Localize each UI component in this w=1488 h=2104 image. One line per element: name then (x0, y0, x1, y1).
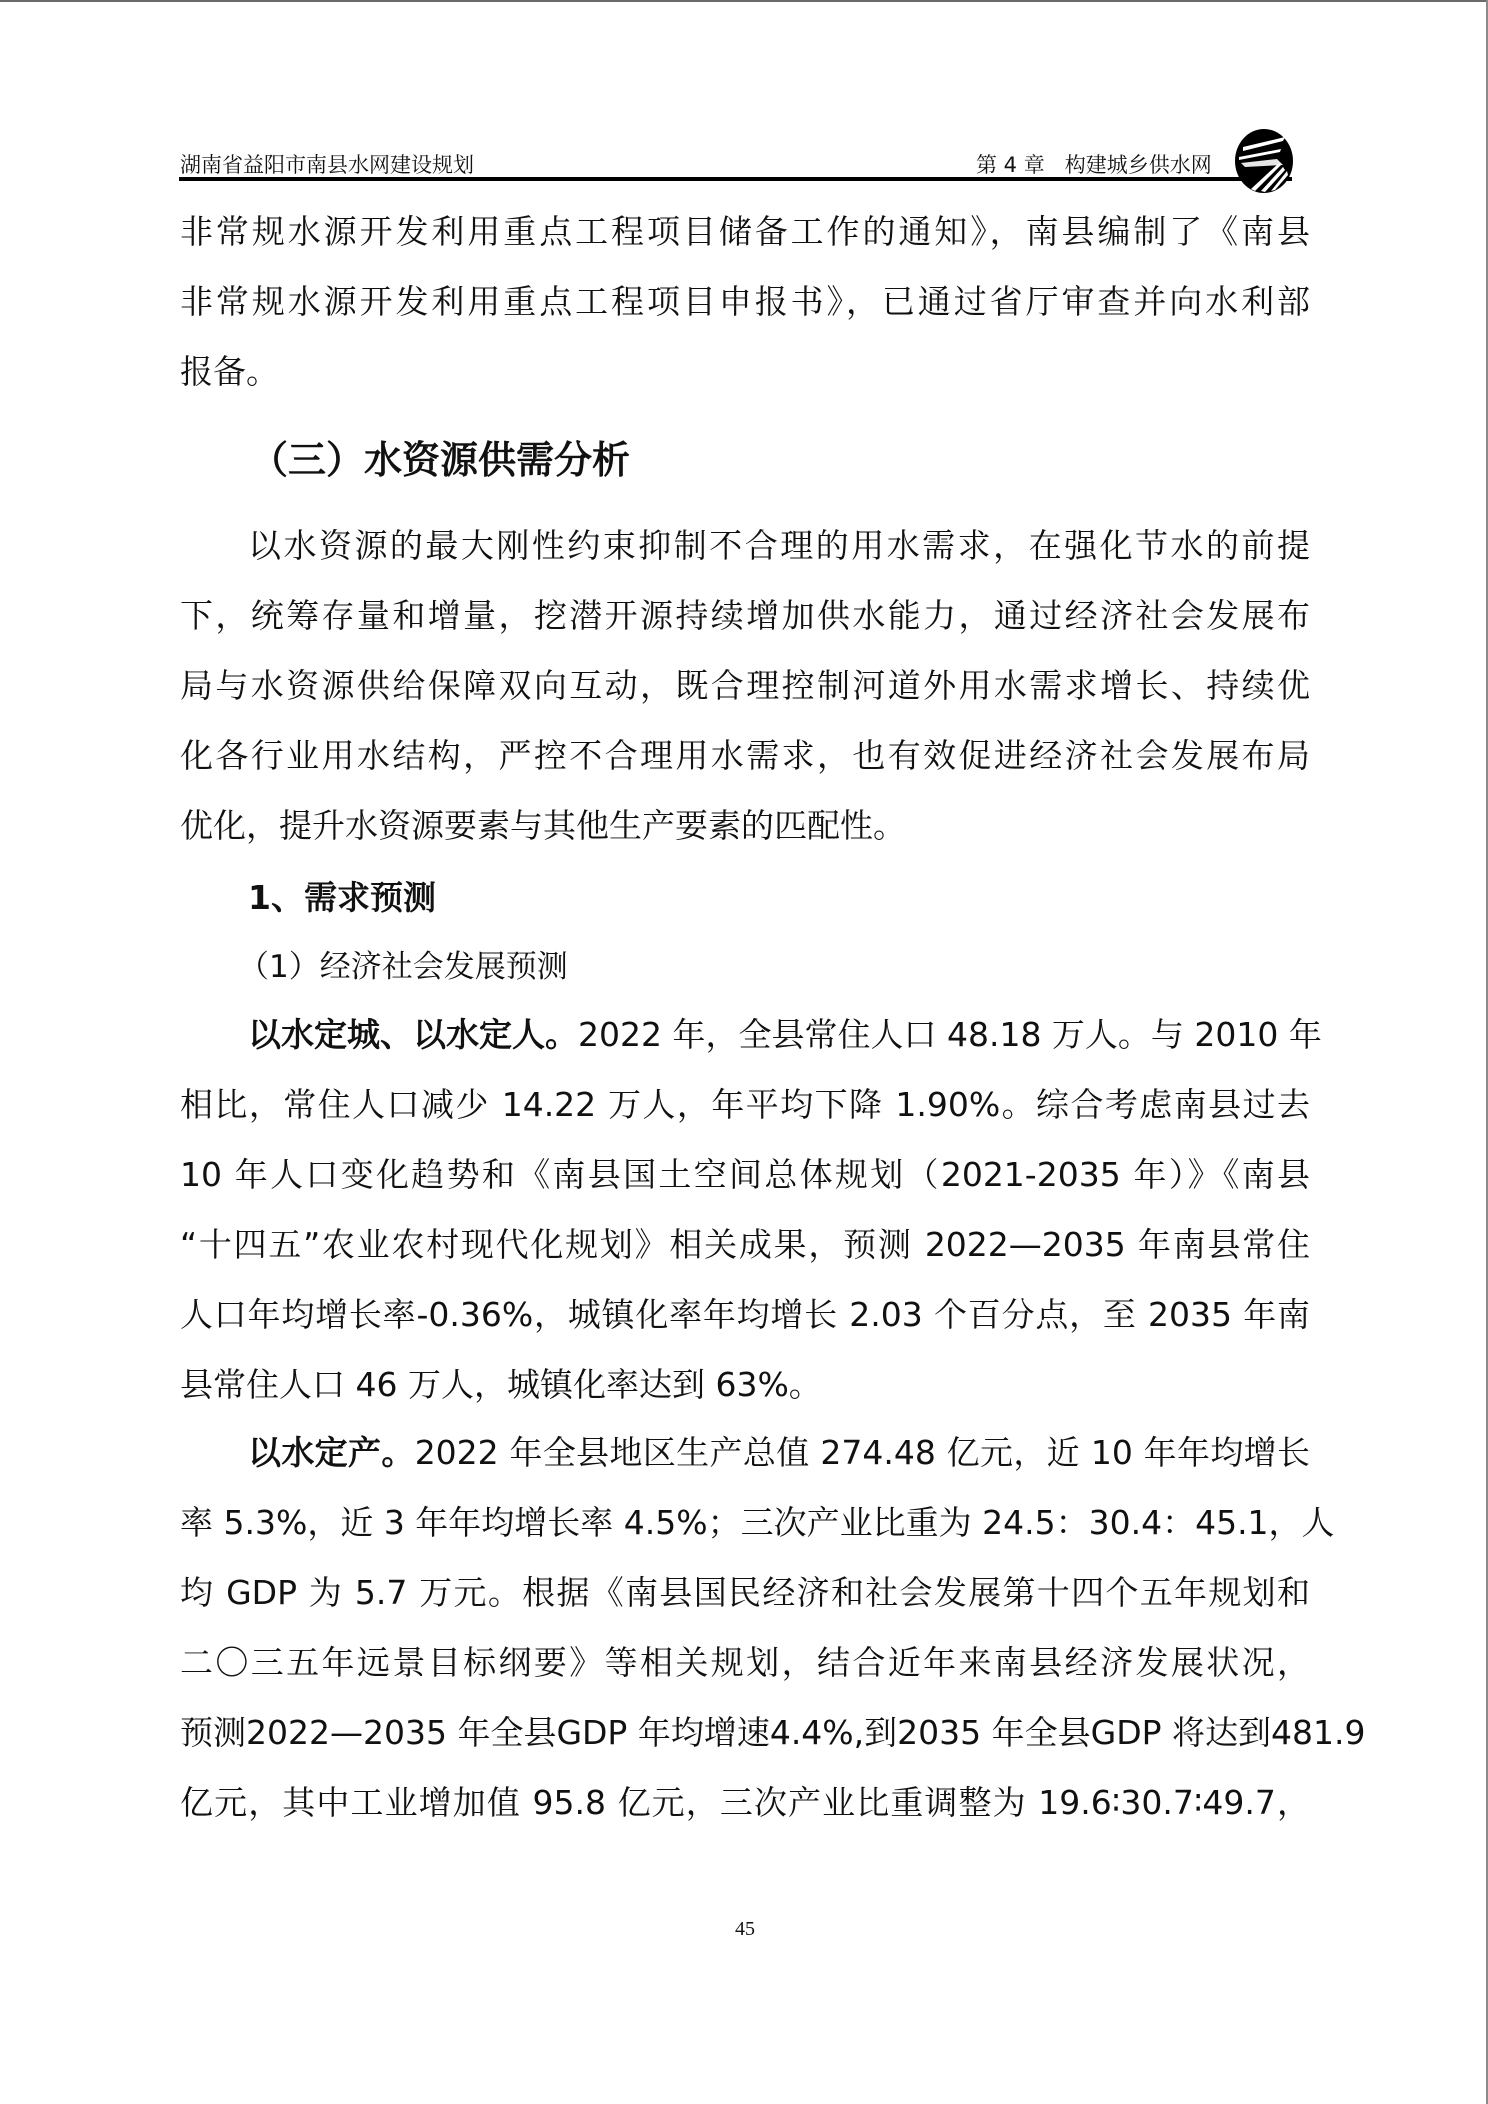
sub-subsection-heading: （1）经济社会发展预测 (238, 947, 568, 987)
paragraph-line: 预测2022—2035 年全县GDP 年均增速4.4%,到2035 年全县GDP… (180, 1713, 1310, 1753)
paragraph-line: 二〇三五年远景目标纲要》等相关规划，结合近年来南县经济发展状况， (180, 1643, 1310, 1683)
running-header-title: 湖南省益阳市南县水网建设规划 (180, 149, 474, 179)
paragraph-line: 局与水资源供给保障双向互动，既合理控制河道外用水需求增长、持续优 (180, 666, 1310, 706)
paragraph-text: 2022 年全县地区生产总值 274.48 亿元，近 10 年年均增长 (415, 1433, 1310, 1472)
page-top-border (0, 0, 1488, 2)
road-emblem-icon (1233, 127, 1295, 195)
paragraph-line: 优化，提升水资源要素与其他生产要素的匹配性。 (180, 806, 1310, 846)
paragraph-line: 亿元，其中工业增加值 95.8 亿元，三次产业比重调整为 19.6∶30.7∶4… (180, 1783, 1310, 1823)
section-heading: （三）水资源供需分析 (250, 438, 630, 482)
paragraph-line: 化各行业用水结构，严控不合理用水需求，也有效促进经济社会发展布局 (180, 736, 1310, 776)
paragraph-line: 报备。 (180, 352, 1310, 392)
paragraph-line: 相比，常住人口减少 14.22 万人，年平均下降 1.90%。综合考虑南县过去 (180, 1085, 1310, 1125)
paragraph-line: 以水资源的最大刚性约束抑制不合理的用水需求，在强化节水的前提 (248, 526, 1310, 566)
subsection-heading: 1、需求预测 (248, 878, 436, 918)
paragraph-line: 以水定产。2022 年全县地区生产总值 274.48 亿元，近 10 年年均增长 (248, 1433, 1310, 1473)
paragraph-line: 10 年人口变化趋势和《南县国土空间总体规划（2021-2035 年）》《南县 (180, 1155, 1310, 1195)
header-divider (179, 177, 1292, 181)
running-header-chapter: 第 4 章 构建城乡供水网 (976, 149, 1212, 179)
paragraph-line: 非常规水源开发利用重点工程项目储备工作的通知》，南县编制了《南县 (180, 212, 1310, 252)
paragraph-line: 非常规水源开发利用重点工程项目申报书》，已通过省厅审查并向水利部 (180, 282, 1310, 322)
paragraph-line: 率 5.3%，近 3 年年均增长率 4.5%；三次产业比重为 24.5：30.4… (180, 1503, 1310, 1543)
page-number: 45 (730, 1918, 760, 1941)
paragraph-line: 均 GDP 为 5.7 万元。根据《南县国民经济和社会发展第十四个五年规划和 (180, 1573, 1310, 1613)
paragraph-lead: 以水定城、以水定人。 (248, 1015, 578, 1054)
paragraph-line: 以水定城、以水定人。2022 年，全县常住人口 48.18 万人。与 2010 … (248, 1015, 1310, 1055)
paragraph-line: “十四五”农业农村现代化规划》相关成果，预测 2022—2035 年南县常住 (180, 1225, 1310, 1265)
paragraph-line: 人口年均增长率-0.36%，城镇化率年均增长 2.03 个百分点，至 2035 … (180, 1295, 1310, 1335)
paragraph-line: 下，统筹存量和增量，挖潜开源持续增加供水能力，通过经济社会发展布 (180, 596, 1310, 636)
paragraph-line: 县常住人口 46 万人，城镇化率达到 63%。 (180, 1365, 1310, 1405)
paragraph-text: 2022 年，全县常住人口 48.18 万人。与 2010 年 (578, 1015, 1322, 1054)
paragraph-lead: 以水定产。 (248, 1433, 415, 1472)
